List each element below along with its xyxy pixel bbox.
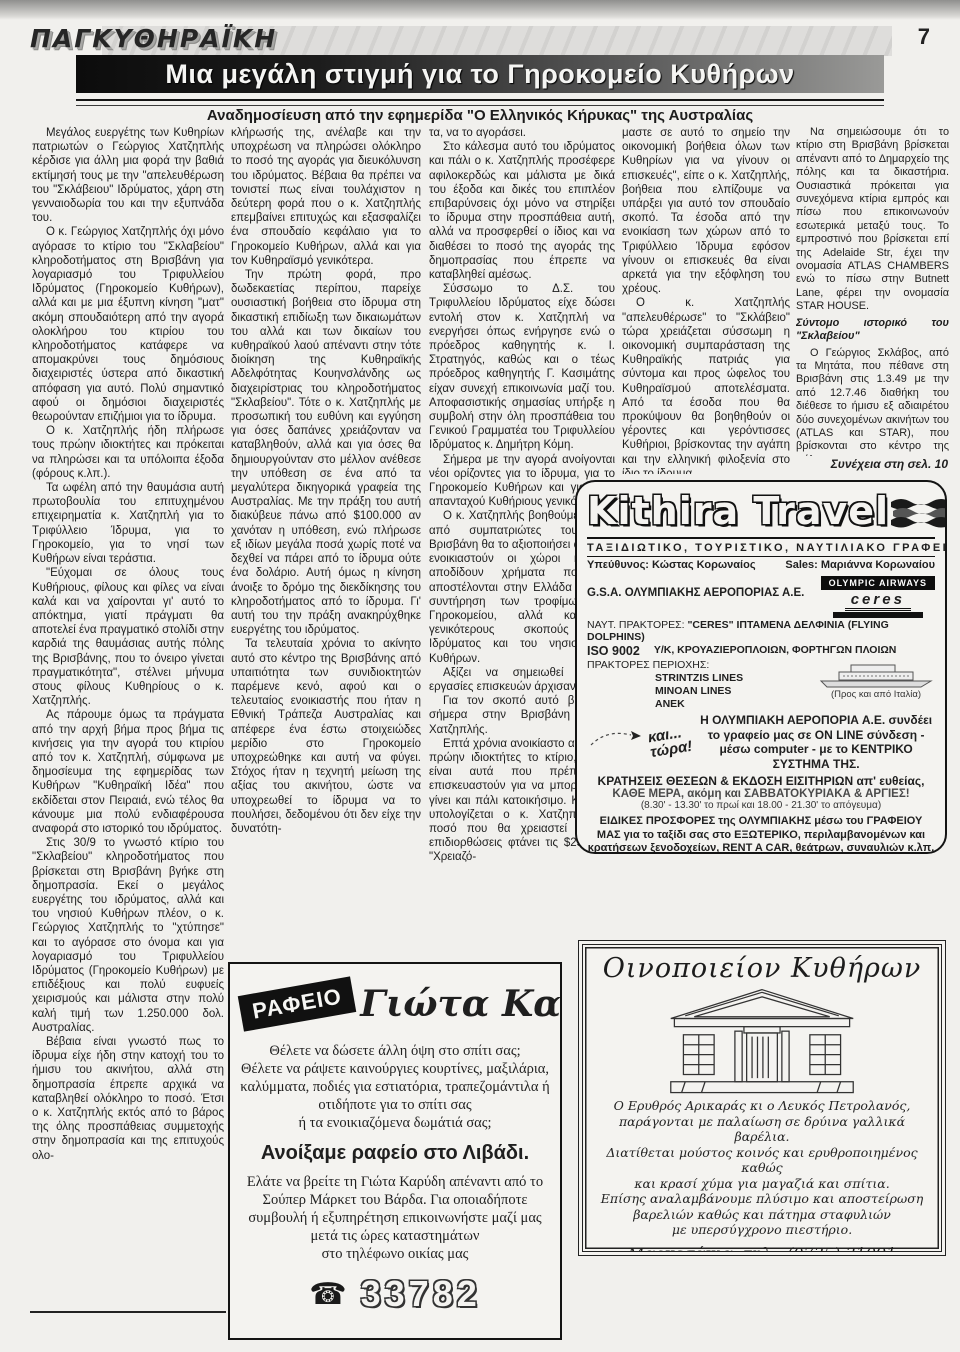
kithira-travel-logo: Kithira Travel [587, 489, 889, 533]
bookings-line-1: ΚΡΑΤΗΣΕΙΣ ΘΕΣΕΩΝ & ΕΚΔΟΣΗ ΕΙΣΙΤΗΡΙΩΝ απ'… [587, 774, 935, 788]
region-agents-label: ΠΡΑΚΤΟΡΕΣ ΠΕΡΙΟΧΗΣ: [587, 659, 709, 671]
iso-certification: ISO 9002 [587, 644, 640, 658]
winery-description-lines: Ο Ερυθρός Αρικαράς κι ο Λευκός Πετρολανό… [591, 1098, 933, 1238]
divider [587, 537, 935, 539]
paragraph: και κρασί χύμα για μαγαζιά και σπίτια. [591, 1176, 933, 1192]
column-5-intro: Να σημειώσουμε ότι το κτίριο στη Βρισβάν… [796, 126, 949, 314]
article-column-4: μαστε σε αυτό το σημείο την οικονομική β… [622, 126, 790, 474]
paragraph: Ελάτε να βρείτε τη Γιώτα Καρύδη απέναντι… [240, 1173, 550, 1191]
winery-contact: Μαρκεσάκια, τηλ.: (0735) 31091 [591, 1244, 933, 1253]
paragraph: κλήρωσής της, ανέλαβε και την υποχρέωση … [231, 126, 421, 268]
headline-banner: Μια μεγάλη στιγμή για το Γηροκομείο Κυθή… [76, 55, 884, 93]
paragraph: με υπερσύγχρονο πιεστήριο. [591, 1222, 933, 1238]
paragraph: Τα ωφέλη από την θαυμάσια αυτή πρωτοβουλ… [32, 481, 224, 566]
rafeio-karydi-ad: ΡΑΦΕΙΟ Γιώτα Καρύδη Θέλετε να δώσετε άλλ… [228, 962, 562, 1340]
opening-hours: (8.30' - 13.30' το πρωί και 18.00 - 21.3… [587, 800, 935, 811]
manager-name: Υπεύθυνος: Κώστας Κορωναίος [587, 559, 756, 571]
article-column-1: Μεγάλος ευεργέτης των Κυθηρίων πατριωτών… [32, 126, 224, 1308]
page-number: 7 [918, 24, 930, 50]
and-now-note: και... τώρα! [647, 724, 693, 760]
paragraph: Τα τελευταία χρόνια το ακίνητο αυτό στο … [231, 637, 421, 836]
tailor-name: Γιώτα Καρύδη [360, 983, 562, 1025]
paragraph: παράγονται με παλαίωση σε δρύινα γαλλικά… [591, 1114, 933, 1145]
winery-building-drawing [591, 986, 933, 1098]
page-background: ΠΑΓΚΥΘΗΡΑΪΚΗ 7 Μια μεγάλη στιγμή για το … [0, 0, 960, 1352]
ceres-logo-bar [833, 612, 923, 618]
paragraph: Ο Γεώργιος Σκλάβος, από τα Μητάτα, που π… [796, 347, 949, 457]
telephone-icon: ☎ [309, 1277, 346, 1312]
paragraph: Στο κάλεσμα αυτό του ιδρύματος και πάλι … [429, 140, 615, 282]
paragraph: μετά τις ώρες καταστημάτων [240, 1227, 550, 1245]
airplane-sketch-icon [587, 725, 643, 759]
column-5-history: Ο Γεώργιος Σκλάβος, από τα Μητάτα, που π… [796, 347, 949, 457]
column-end-rule [30, 1311, 226, 1313]
paragraph: Θέλετε να ράψετε καινούργιες κουρτίνες, … [240, 1060, 550, 1078]
newspaper-logo: ΠΑΓΚΥΘΗΡΑΪΚΗ [30, 24, 277, 53]
continued-on-page-note: Συνέχεια στη σελ. 10 [796, 457, 948, 471]
paragraph: στο τηλέφωνο οικίας μας [240, 1245, 550, 1263]
article-column-2: κλήρωσής της, ανέλαβε και την υποχρέωση … [231, 126, 421, 954]
paragraph: Σούπερ Μάρκετ του Βάρδα. Για οποιαδήποτε [240, 1191, 550, 1209]
ferry-ship-icon [817, 659, 935, 689]
paragraph: Ο κ. Γεώργιος Χατζηπλής όχι μόνο αγόρασε… [32, 225, 224, 424]
shipline-anek: ANEK [655, 698, 743, 711]
paragraph: Την πρώτη φορά, προ δωδεκαετίας περίπου,… [231, 268, 421, 637]
scan-artifact-band [0, 0, 960, 20]
headline-rule [76, 99, 884, 106]
paragraph: μαστε σε αυτό το σημείο την οικονομική β… [622, 126, 790, 296]
online-connection-text: Η ΟΛΥΜΠΙΑΚΗ ΑΕΡΟΠΟΡΙΑ Α.Ε. συνδέει το γρ… [697, 713, 935, 771]
paragraph: Επίσης αναλαμβάνουμε πλύσιμο και αποστεί… [591, 1191, 933, 1207]
winery-ad: Οινοποιείον Κυθήρων [582, 944, 942, 1252]
paragraph: βαρελιών καθώς και πάτημα σταφυλιών [591, 1207, 933, 1223]
shipline-minoan: MINOAN LINES [655, 685, 743, 698]
paragraph: οτιδήποτε για το σπίτι σας [240, 1096, 550, 1114]
bookings-line-2: ΚΑΘΕ ΜΕΡΑ, ακόμη και ΣΑΒΒΑΤΟΚΥΡΙΑΚΑ & ΑΡ… [587, 788, 935, 800]
article-subtitle: Αναδημοσίευση από την εφημερίδα "Ο Ελλην… [0, 107, 960, 124]
divider [587, 556, 935, 557]
winery-title: Οινοποιείον Κυθήρων [591, 953, 933, 984]
article-column-5: Να σημειώσουμε ότι το κτίριο στη Βρισβάν… [796, 126, 949, 456]
paragraph: Ας πάρουμε όμως τα πράγματα από την αρχή… [32, 708, 224, 836]
paragraph: Σύσσωμο το Δ.Σ. του Τριφυλλείου Ιδρύματο… [429, 282, 615, 452]
shipline-strintzis: STRINTZIS LINES [655, 672, 743, 685]
special-offers-text: ΕΙΔΙΚΕΣ ΠΡΟΣΦΟΡΕΣ της ΟΛΥΜΠΙΑΚΗΣ μέσω το… [587, 815, 935, 854]
newspaper-page: ΠΑΓΚΥΘΗΡΑΪΚΗ 7 Μια μεγάλη στιγμή για το … [0, 0, 960, 1352]
paragraph: Να σημειώσουμε ότι το κτίριο στη Βρισβάν… [796, 126, 949, 314]
paragraph: Στις 30/9 το γνωστό κτίριο του "Σκλαβείο… [32, 836, 224, 1035]
headline-title: Μια μεγάλη στιγμή για το Γηροκομείο Κυθή… [165, 59, 794, 90]
rafeio-intro-lines: Θέλετε να δώσετε άλλη όψη στο σπίτι σας;… [240, 1042, 550, 1132]
paragraph: καλύμματα, ποδιές για εστιατόρια, τραπεζ… [240, 1078, 550, 1096]
paragraph: τα, να το αγοράσει. [429, 126, 615, 140]
sales-name: Sales: Μαριάννα Κορωναίου [785, 559, 935, 571]
paragraph: Μεγάλος ευεργέτης των Κυθηρίων πατριωτών… [32, 126, 224, 225]
gsa-line: G.S.A. ΟΛΥΜΠΙΑΚΗΣ ΑΕΡΟΠΟΡΙΑΣ Α.Ε. [587, 587, 804, 599]
paragraph: ή τα ενοικιαζόμενα δωμάτιά σας; [240, 1114, 550, 1132]
paragraph: Βέβαια είναι γνωστό πως το ίδρυμα είχε ή… [32, 1035, 224, 1163]
agency-tagline: ΤΑΞΙΔΙΩΤΙΚΟ, ΤΟΥΡΙΣΤΙΚΟ, ΝΑΥΤΙΛΙΑΚΟ ΓΡΑΦ… [587, 542, 935, 554]
rafeio-badge: ΡΑΦΕΙΟ [238, 976, 357, 1031]
kithira-travel-ad: Kithira Travel ΤΑΞΙΔΙΩΤΙΚΟ, ΤΟΥΡΙΣΤΙΚΟ, … [575, 480, 947, 854]
waves-flag-icon [889, 494, 947, 528]
paragraph: συμβουλή ή εξυπηρέτηση επικοινωνήστε μαζ… [240, 1209, 550, 1227]
paragraph: "Εύχομαι σε όλους τους Κυθήριους, φίλους… [32, 566, 224, 708]
olympic-airways-logo: OLYMPIC AIRWAYS [821, 576, 935, 590]
italy-note: (Προς και από Ιταλία) [817, 689, 935, 700]
paragraph: Ο κ. Χατζηπλής "απελευθέρωσε" το "Σκλάβε… [622, 296, 790, 474]
rafeio-announcement: Ανοίξαμε ραφείο στο Λιβάδι. [240, 1142, 550, 1165]
rafeio-phone-number: 33782 [361, 1273, 481, 1315]
paragraph: Ο κ. Χατζηπλής ήδη πλήρωσε τους πρώην ιδ… [32, 424, 224, 481]
iso-detail: Υ/Κ, ΚΡΟΥΑΖΙΕΡΟΠΛΟΙΩΝ, ΦΟΡΤΗΓΩΝ ΠΛΟΙΩΝ [654, 644, 897, 658]
article-subheading: Σύντομο ιστορικό του "Σκλαβείου" [796, 317, 949, 344]
paragraph: Ο Ερυθρός Αρικαράς κι ο Λευκός Πετρολανό… [591, 1098, 933, 1114]
paragraph: Θέλετε να δώσετε άλλη όψη στο σπίτι σας; [240, 1042, 550, 1060]
paragraph: Διατίθεται μούστος κοινός και ερυθροποιη… [591, 1145, 933, 1176]
rafeio-body-lines: Ελάτε να βρείτε τη Γιώτα Καρύδη απέναντι… [240, 1173, 550, 1263]
winery-ad-frame: Οινοποιείον Κυθήρων [578, 940, 946, 1256]
ceres-logo: ceres [845, 591, 911, 611]
naval-agents-label: ΝΑΥΤ. ΠΡΑΚΤΟΡΕΣ: [587, 619, 685, 631]
